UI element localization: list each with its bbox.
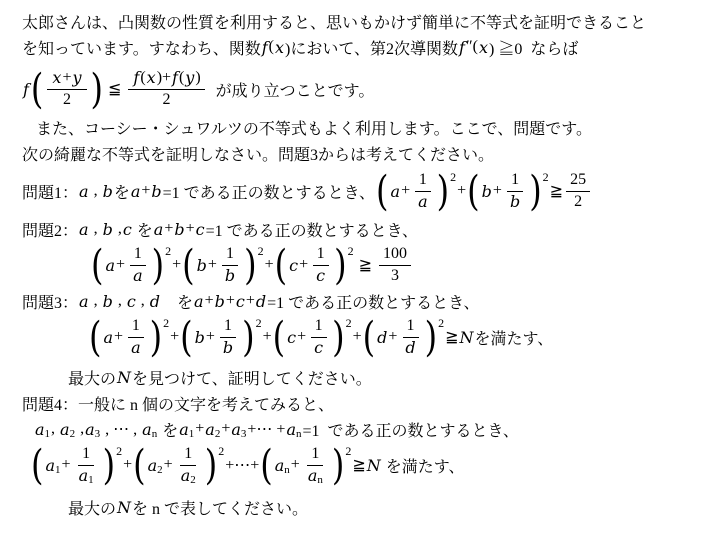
text-segment: + — [116, 256, 125, 274]
text-segment: + — [62, 456, 71, 474]
fraction-denominator: 3 — [387, 266, 403, 285]
big-right-paren: ) — [424, 317, 438, 358]
text-segment: + — [114, 328, 123, 346]
math-variable: f — [132, 69, 140, 87]
text-segment: , — [51, 420, 59, 438]
math-variable: a — [78, 182, 90, 201]
text-segment: , ⋯ , — [101, 419, 141, 439]
text-segment: + — [493, 182, 502, 200]
math-variable: N — [116, 498, 132, 517]
math-variable: b — [214, 292, 226, 311]
math-subscript: n — [296, 428, 302, 440]
text-segment: + — [265, 256, 274, 274]
math-subscript: 1 — [55, 464, 61, 476]
text-segment: 最大の — [68, 496, 116, 519]
text-segment: 問題3： — [22, 290, 78, 313]
text-segment: 1 — [511, 171, 519, 189]
math-subscript: 3 — [95, 428, 101, 440]
problem3-formula: (a+1a)2+(b+1b)2+(c+1c)2+(d+1d)2≧Nを満たす、 — [88, 314, 701, 360]
text-segment: 1 — [315, 317, 323, 335]
fraction: 1b — [505, 171, 525, 211]
math-superscript: 2 — [346, 316, 352, 331]
fraction: 1an — [303, 445, 328, 485]
big-left-paren: ( — [30, 445, 44, 486]
text-segment: + — [299, 256, 308, 274]
text-segment: + — [170, 328, 179, 346]
text-segment: , — [114, 292, 126, 310]
text-segment: 問題4：一般に n 個の文字を考えてみると、 — [22, 392, 334, 415]
math-subscript: 3 — [241, 428, 247, 440]
text-segment: + — [172, 256, 181, 274]
fraction-denominator: b — [220, 266, 240, 285]
text-segment: 1 — [132, 317, 140, 335]
text-segment: ) — [195, 69, 200, 87]
problem2-formula: (a+1a)2+(b+1b)2+(c+1c)2 ≧ 1003 — [90, 242, 701, 288]
big-right-paren: ) — [204, 445, 218, 486]
fraction-numerator: 100 — [379, 245, 411, 265]
math-variable: b — [102, 220, 114, 239]
text-segment: また、コーシー・シュワルツの不等式もよく利用します。ここで、問題です。 — [36, 116, 592, 139]
text-segment: + — [123, 456, 132, 474]
text-segment: を満たす、 — [475, 326, 554, 349]
math-variable: x — [51, 69, 62, 87]
math-variable: b — [173, 220, 185, 239]
big-left-paren: ( — [88, 317, 102, 358]
math-variable: a — [78, 220, 90, 239]
text-segment: ″( — [466, 38, 478, 56]
fraction-denominator: a — [128, 266, 148, 285]
fraction-numerator: 1 — [222, 245, 238, 265]
text-segment: , — [90, 182, 102, 200]
text-segment: + — [205, 292, 214, 310]
cauchy-schwarz-line: また、コーシー・シュワルツの不等式もよく利用します。ここで、問題です。 — [36, 114, 701, 140]
text-segment: + — [457, 182, 466, 200]
math-variable: b — [150, 182, 162, 201]
math-variable: a — [193, 292, 205, 311]
text-segment: ) ≧0 ならば — [489, 36, 578, 59]
fraction-denominator: 2 — [159, 90, 175, 109]
math-variable: y — [71, 69, 82, 87]
text-segment: 問題2： — [22, 218, 78, 241]
text-segment: , — [90, 220, 102, 238]
text-segment: 1 — [184, 445, 192, 463]
text-segment: + — [388, 328, 397, 346]
text-segment: ≧ — [352, 455, 365, 475]
math-variable: b — [481, 182, 493, 201]
math-variable: c — [315, 267, 326, 285]
fraction: 1003 — [379, 245, 411, 285]
text-segment: + — [208, 256, 217, 274]
text-segment: + — [297, 328, 306, 346]
math-subscript: 1 — [189, 428, 195, 440]
fraction: x+y2 — [47, 69, 86, 109]
text-segment: 25 — [570, 171, 586, 189]
text-segment: + — [195, 420, 204, 438]
big-left-paren: ( — [132, 445, 146, 486]
math-subscript: 1 — [45, 428, 51, 440]
fraction-numerator: 1 — [128, 317, 144, 337]
math-superscript: 2 — [163, 316, 169, 331]
fraction-numerator: 1 — [220, 317, 236, 337]
big-right-paren: ) — [331, 317, 345, 358]
fraction-denominator: a1 — [74, 466, 99, 485]
big-left-paren: ( — [274, 245, 288, 286]
math-variable: b — [224, 267, 236, 285]
text-segment: 2 — [574, 193, 582, 211]
text-segment: 太郎さんは、凸関数の性質を利用すると、思いもかけず簡単に不等式を証明できること — [22, 10, 646, 33]
text-segment: ≧ — [550, 181, 563, 201]
text-segment: を満たす、 — [382, 454, 465, 477]
fraction-numerator: 25 — [566, 171, 590, 191]
math-variable: b — [102, 182, 114, 201]
fraction-denominator: 2 — [59, 90, 75, 109]
math-variable: x — [274, 38, 285, 57]
fraction-numerator: 1 — [403, 317, 419, 337]
math-variable: d — [149, 292, 161, 311]
fraction: 1c — [311, 245, 330, 285]
big-right-paren: ) — [528, 171, 542, 212]
convexity-formula: f(x+y2) ≦ f(x)+f(y)2 が成り立つことです。 — [22, 66, 701, 112]
text-segment: 次の綺麗な不等式を証明しなさい。問題3からは考えてください。 — [22, 142, 494, 165]
text-segment: + — [62, 69, 71, 87]
fraction-denominator: b — [505, 192, 525, 211]
text-segment: =1 である正の数とするとき、 — [206, 218, 418, 241]
big-left-paren: ( — [362, 317, 376, 358]
math-superscript: 2 — [165, 244, 171, 259]
math-subscript: n — [317, 474, 323, 487]
text-segment: を — [161, 290, 193, 313]
fraction-denominator: 2 — [570, 192, 586, 211]
math-superscript: 2 — [348, 244, 354, 259]
math-subscript: 1 — [88, 474, 94, 487]
fraction: 1c — [309, 317, 328, 357]
text-segment: +⋯+ — [225, 455, 259, 475]
math-superscript: 2 — [256, 316, 262, 331]
math-variable: a — [132, 267, 144, 285]
text-segment: ≦ — [104, 79, 125, 99]
fraction-denominator: a — [413, 192, 433, 211]
fraction-numerator: f(x)+f(y) — [128, 69, 204, 89]
text-segment: 最大の — [68, 366, 116, 389]
math-superscript: 2 — [450, 170, 456, 185]
text-segment: を見つけて、証明してください。 — [132, 366, 372, 389]
big-right-paren: ) — [90, 69, 104, 110]
text-segment: 2 — [63, 91, 71, 109]
math-variable: f — [171, 69, 179, 87]
math-variable: a — [130, 339, 142, 357]
text-segment: , — [90, 292, 102, 310]
math-variable: a — [390, 182, 402, 201]
math-variable: c — [313, 339, 324, 357]
instruction-line: 次の綺麗な不等式を証明しなさい。問題3からは考えてください。 — [22, 140, 701, 166]
text-segment: 1 — [226, 245, 234, 263]
fraction-numerator: 1 — [311, 317, 327, 337]
fraction-denominator: d — [400, 338, 420, 357]
fraction-denominator: a — [126, 338, 146, 357]
big-right-paren: ) — [331, 445, 345, 486]
big-right-paren: ) — [149, 317, 163, 358]
math-variable: y — [184, 69, 195, 87]
math-superscript: 2 — [116, 444, 122, 459]
math-variable: N — [116, 368, 132, 387]
text-segment: ≧ — [355, 255, 376, 275]
fraction-numerator: 1 — [507, 171, 523, 191]
text-segment: + — [141, 182, 150, 200]
fraction: 1a1 — [74, 445, 99, 485]
big-right-paren: ) — [241, 317, 255, 358]
big-left-paren: ( — [30, 69, 44, 110]
text-segment: + — [206, 328, 215, 346]
fraction-numerator: x+y — [47, 69, 86, 89]
fraction-numerator: 1 — [415, 171, 431, 191]
text-segment: , — [76, 420, 84, 438]
text-segment: が成り立つことです。 — [208, 78, 375, 101]
text-segment: 1 — [224, 317, 232, 335]
big-right-paren: ) — [102, 445, 116, 486]
math-subscript: n — [152, 428, 158, 440]
text-segment: + — [164, 456, 173, 474]
math-variable: c — [126, 292, 137, 311]
big-right-paren: ) — [436, 171, 450, 212]
text-segment: , — [114, 220, 122, 238]
text-segment: を — [133, 218, 153, 241]
problem4-note: 最大のNを n で表してください。 — [68, 494, 701, 520]
intro-line-1: 太郎さんは、凸関数の性質を利用すると、思いもかけず簡単に不等式を証明できること — [22, 8, 701, 34]
text-segment: + — [186, 220, 195, 238]
text-segment: + — [246, 292, 255, 310]
text-segment: 1 — [317, 245, 325, 263]
problem1-line: 問題1：a , bをa+b=1 である正の数とするとき、(a+1a)2+(b+1… — [22, 168, 701, 214]
math-variable: a — [153, 220, 165, 239]
text-segment: を — [158, 418, 178, 441]
text-segment: + — [226, 292, 235, 310]
math-variable: b — [509, 193, 521, 211]
math-variable: x — [478, 38, 489, 57]
text-segment: ≧ — [445, 327, 458, 347]
math-subscript: 2 — [70, 428, 76, 440]
fraction-numerator: 1 — [130, 245, 146, 265]
big-left-paren: ( — [179, 317, 193, 358]
fraction: 1a — [413, 171, 433, 211]
text-segment: を知っています。すなわち、関数 — [22, 36, 261, 59]
text-segment: 3 — [391, 267, 399, 285]
math-variable: c — [288, 256, 299, 275]
big-right-paren: ) — [151, 245, 165, 286]
math-variable: N — [366, 456, 382, 475]
math-superscript: 2 — [258, 244, 264, 259]
big-left-paren: ( — [272, 317, 286, 358]
math-subscript: 2 — [215, 428, 221, 440]
math-subscript: n — [284, 464, 290, 476]
problem4-formula: (a1+1a1)2+(a2+1a2)2+⋯+(an+1an)2≧N を満たす、 — [30, 442, 701, 488]
math-variable: b — [194, 328, 206, 347]
text-segment: =1 である正の数とするとき、 — [267, 290, 479, 313]
fraction: 1b — [220, 245, 240, 285]
text-segment: )において、第2次導関数 — [285, 36, 458, 59]
text-segment: 1 — [311, 445, 319, 463]
problem4-line: 問題4：一般に n 個の文字を考えてみると、 — [22, 390, 701, 416]
problem3-note: 最大のNを見つけて、証明してください。 — [68, 364, 701, 390]
text-segment: + — [401, 182, 410, 200]
fraction: 1a — [128, 245, 148, 285]
math-variable: b — [196, 256, 208, 275]
fraction: 252 — [566, 171, 590, 211]
math-variable: f — [458, 38, 466, 57]
math-variable: c — [195, 220, 206, 239]
math-superscript: 2 — [438, 316, 444, 331]
problem3-line: 問題3：a , b , c , d をa+b+c+d=1 である正の数とするとき… — [22, 288, 701, 314]
fraction-numerator: 1 — [313, 245, 329, 265]
math-variable: c — [122, 220, 133, 239]
math-variable: c — [286, 328, 297, 347]
math-variable: a — [102, 328, 114, 347]
text-segment: を — [114, 180, 130, 203]
text-segment: + — [291, 456, 300, 474]
fraction-numerator: 1 — [78, 445, 94, 465]
math-variable: d — [255, 292, 267, 311]
math-superscript: 2 — [345, 444, 351, 459]
text-segment: 100 — [383, 245, 407, 263]
fraction: 1d — [400, 317, 420, 357]
fraction-numerator: 1 — [307, 445, 323, 465]
text-segment: 2 — [163, 91, 171, 109]
math-superscript: 2 — [218, 444, 224, 459]
fraction-numerator: 1 — [180, 445, 196, 465]
big-left-paren: ( — [181, 245, 195, 286]
problem4-variables-line: a1, a2 ,a3 , ⋯ , an をa1+a2+a3+⋯ +an=1 であ… — [34, 416, 701, 442]
text-segment: 1 — [82, 445, 90, 463]
big-right-paren: ) — [243, 245, 257, 286]
math-variable: f — [22, 80, 30, 99]
math-superscript: 2 — [543, 170, 549, 185]
math-variable: d — [376, 328, 388, 347]
math-variable: x — [146, 69, 157, 87]
big-right-paren: ) — [333, 245, 347, 286]
math-variable: f — [261, 38, 269, 57]
math-variable: a — [417, 193, 429, 211]
math-variable: b — [102, 292, 114, 311]
big-left-paren: ( — [259, 445, 273, 486]
math-variable: b — [222, 339, 234, 357]
math-variable: a — [130, 182, 142, 201]
text-segment: + — [164, 220, 173, 238]
math-subscript: 2 — [190, 474, 196, 487]
math-subscript: 2 — [157, 464, 163, 476]
problem2-line: 問題2：a , b ,c をa+b+c=1 である正の数とするとき、 — [22, 216, 701, 242]
text-segment: 1 — [407, 317, 415, 335]
fraction: 1b — [218, 317, 238, 357]
fraction-denominator: c — [309, 338, 328, 357]
fraction: 1a — [126, 317, 146, 357]
text-segment: 1 — [134, 245, 142, 263]
text-segment: +⋯ + — [247, 419, 285, 439]
math-variable: c — [235, 292, 246, 311]
text-segment: =1 である正の数とするとき、 — [163, 180, 375, 203]
fraction-denominator: an — [303, 466, 328, 485]
math-variable: d — [404, 339, 416, 357]
text-segment: + — [353, 328, 362, 346]
fraction: f(x)+f(y)2 — [128, 69, 204, 109]
intro-line-2: を知っています。すなわち、関数f(x)において、第2次導関数f″(x) ≧0 な… — [22, 34, 701, 60]
big-left-paren: ( — [466, 171, 480, 212]
big-left-paren: ( — [90, 245, 104, 286]
text-segment: を n で表してください。 — [132, 496, 308, 519]
fraction-denominator: a2 — [176, 466, 201, 485]
text-segment: 1 — [419, 171, 427, 189]
fraction-denominator: c — [311, 266, 330, 285]
text-segment: , — [137, 292, 149, 310]
text-segment: + — [263, 328, 272, 346]
math-variable: N — [459, 328, 475, 347]
math-document: 太郎さんは、凸関数の性質を利用すると、思いもかけず簡単に不等式を証明できること … — [0, 0, 701, 533]
fraction: 1a2 — [176, 445, 201, 485]
big-left-paren: ( — [375, 171, 389, 212]
text-segment: )+ — [157, 69, 171, 87]
text-segment: + — [221, 420, 230, 438]
math-variable: a — [104, 256, 116, 275]
text-segment: =1 である正の数とするとき、 — [303, 418, 519, 441]
text-segment: 問題1： — [22, 180, 78, 203]
math-variable: a — [78, 292, 90, 311]
fraction-denominator: b — [218, 338, 238, 357]
